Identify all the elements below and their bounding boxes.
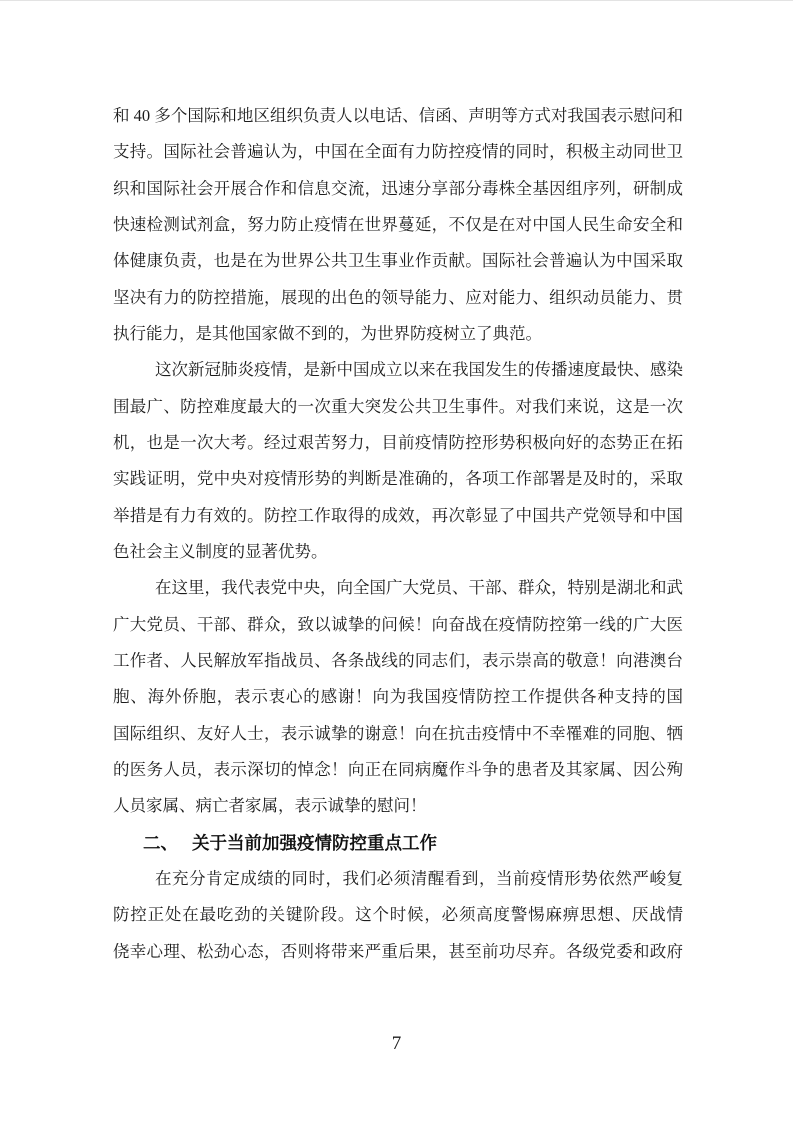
text-line: 工作者、人民解放军指战员、各条战线的同志们，表示崇高的敬意！向港澳台同 (113, 643, 683, 679)
text-line: 体健康负责，也是在为世界公共卫生事业作贡献。国际社会普遍认为中国采取的 (113, 243, 683, 279)
text-line: 国际组织、友好人士，表示诚挚的谢意！向在抗击疫情中不幸罹难的同胞、牺牲 (113, 716, 683, 752)
section-title: 关于当前加强疫情防控重点工作 (192, 833, 437, 853)
text-line: 侥幸心理、松劲心态，否则将带来严重后果，甚至前功尽弃。各级党委和政府要 (113, 934, 683, 970)
text-line: 坚决有力的防控措施，展现的出色的领导能力、应对能力、组织动员能力、贯彻 (113, 280, 683, 316)
section-heading: 二、关于当前加强疫情防控重点工作 (113, 825, 683, 861)
text-line: 执行能力，是其他国家做不到的，为世界防疫树立了典范。 (113, 316, 683, 352)
paragraph-tribute-greetings: 在这里，我代表党中央，向全国广大党员、干部、群众，特别是湖北和武汉 广大党员、干… (113, 570, 683, 824)
text-line: 防控正处在最吃劲的关键阶段。这个时候，必须高度警惕麻痹思想、厌战情绪、 (113, 897, 683, 933)
text-line: 围最广、防控难度最大的一次重大突发公共卫生事件。对我们来说，这是一次危 (113, 389, 683, 425)
text-line: 机，也是一次大考。经过艰苦努力，目前疫情防控形势积极向好的态势正在拓展。 (113, 425, 683, 461)
page-number: 7 (392, 1033, 402, 1054)
text-line: 色社会主义制度的显著优势。 (113, 534, 683, 570)
page-content: 和 40 多个国际和地区组织负责人以电话、信函、声明等方式对我国表示慰问和 支持… (113, 98, 683, 970)
text-line: 举措是有力有效的。防控工作取得的成效，再次彰显了中国共产党领导和中国特 (113, 498, 683, 534)
text-line: 和 40 多个国际和地区组织负责人以电话、信函、声明等方式对我国表示慰问和 (113, 98, 683, 134)
text-line: 快速检测试剂盒，努力防止疫情在世界蔓延，不仅是在对中国人民生命安全和身 (113, 207, 683, 243)
paragraph-epidemic-assessment: 这次新冠肺炎疫情，是新中国成立以来在我国发生的传播速度最快、感染范 围最广、防控… (113, 352, 683, 570)
page-footer: 7 (0, 1033, 793, 1055)
text-line: 广大党员、干部、群众，致以诚挚的问候！向奋战在疫情防控第一线的广大医务 (113, 607, 683, 643)
text-line: 在充分肯定成绩的同时，我们必须清醒看到，当前疫情形势依然严峻复杂， (113, 861, 683, 897)
document-page: 和 40 多个国际和地区组织负责人以电话、信函、声明等方式对我国表示慰问和 支持… (0, 0, 793, 1122)
text-line: 支持。国际社会普遍认为，中国在全面有力防控疫情的同时，积极主动同世卫组 (113, 134, 683, 170)
text-line: 在这里，我代表党中央，向全国广大党员、干部、群众，特别是湖北和武汉 (113, 570, 683, 606)
text-line: 人员家属、病亡者家属，表示诚挚的慰问！ (113, 788, 683, 824)
paragraph-current-key-work: 在充分肯定成绩的同时，我们必须清醒看到，当前疫情形势依然严峻复杂， 防控正处在最… (113, 861, 683, 970)
section-number: 二、 (143, 833, 178, 853)
text-line: 的医务人员，表示深切的悼念！向正在同病魔作斗争的患者及其家属、因公殉职 (113, 752, 683, 788)
text-line: 这次新冠肺炎疫情，是新中国成立以来在我国发生的传播速度最快、感染范 (113, 352, 683, 388)
text-line: 实践证明，党中央对疫情形势的判断是准确的，各项工作部署是及时的，采取的 (113, 461, 683, 497)
text-line: 胞、海外侨胞，表示衷心的感谢！向为我国疫情防控工作提供各种支持的国家、 (113, 679, 683, 715)
text-line: 织和国际社会开展合作和信息交流，迅速分享部分毒株全基因组序列，研制成功 (113, 171, 683, 207)
paragraph-international-support: 和 40 多个国际和地区组织负责人以电话、信函、声明等方式对我国表示慰问和 支持… (113, 98, 683, 352)
